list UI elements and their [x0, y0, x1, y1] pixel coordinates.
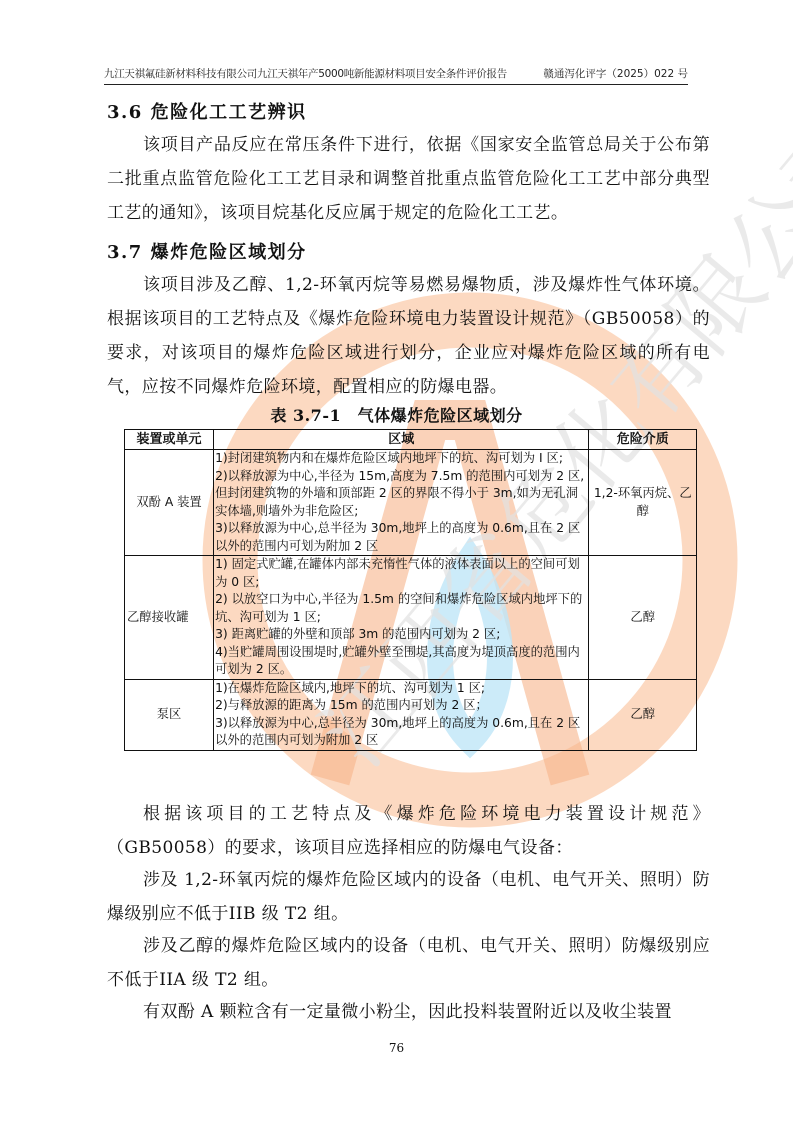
zone-item: 2)以释放源为中心,半径为 15m,高度为 7.5m 的范围内可划为 2 区,但… [215, 468, 587, 521]
zone-item: 1)封闭建筑物内和在爆炸危险区域内地坪下的坑、沟可划为 I 区; [215, 450, 587, 468]
cell-unit: 泵区 [125, 679, 214, 750]
section-3-6-paragraph: 该项目产品反应在常压条件下进行，依据《国家安全监管总局关于公布第二批重点监管危险… [107, 128, 710, 230]
zone-item: 3)以释放源为中心,总半径为 30m,地坪上的高度为 0.6m,且在 2 区以外… [215, 520, 587, 555]
report-number: 赣通泻化评字（2025）022 号 [543, 66, 688, 84]
report-title: 九江天祺氟硅新材料科技有限公司九江天祺年产5000吨新能源材料项目安全条件评价报… [104, 66, 507, 84]
zone-item: 3)以释放源为中心,总半径为 30m,地坪上的高度为 0.6m,且在 2 区以外… [215, 715, 587, 750]
column-header-unit: 装置或单元 [125, 430, 214, 450]
table-row: 泵区 1)在爆炸危险区域内,地坪下的坑、沟可划为 1 区; 2)与释放源的距离为… [125, 679, 697, 750]
cell-zone: 1) 固定式贮罐,在罐体内部未充惰性气体的液体表面以上的空间可划为 0 区; 2… [214, 556, 589, 680]
table-row: 双酚 A 装置 1)封闭建筑物内和在爆炸危险区域内地坪下的坑、沟可划为 I 区;… [125, 450, 697, 556]
cell-unit: 乙醇接收罐 [125, 556, 214, 680]
document-page: 九江天祺氟硅新材料科技有限公司九江天祺年产5000吨新能源材料项目安全条件评价报… [0, 0, 793, 1122]
cell-medium: 1,2-环氧丙烷、乙醇 [589, 450, 697, 556]
cell-medium: 乙醇 [589, 679, 697, 750]
section-3-7-paragraph: 该项目涉及乙醇、1,2-环氧丙烷等易燃易爆物质，涉及爆炸性气体环境。根据该项目的… [107, 268, 710, 404]
column-header-medium: 危险介质 [589, 430, 697, 450]
cell-zone: 1)封闭建筑物内和在爆炸危险区域内地坪下的坑、沟可划为 I 区; 2)以释放源为… [214, 450, 589, 556]
column-header-zone: 区域 [214, 430, 589, 450]
cell-unit: 双酚 A 装置 [125, 450, 214, 556]
after-table-paragraph-3: 涉及乙醇的爆炸危险区域内的设备（电机、电气开关、照明）防爆级别应不低于IIA 级… [107, 929, 710, 997]
cell-zone: 1)在爆炸危险区域内,地坪下的坑、沟可划为 1 区; 2)与释放源的距离为 15… [214, 679, 589, 750]
zone-item: 2)与释放源的距离为 15m 的范围内可划为 2 区； [215, 697, 587, 715]
table-header-row: 装置或单元 区域 危险介质 [125, 430, 697, 450]
after-table-paragraph-1: 根据该项目的工艺特点及《爆炸危险环境电力装置设计规范》（GB50058）的要求，… [107, 797, 710, 865]
section-3-7-heading: 3.7 爆炸危险区域划分 [107, 241, 307, 265]
page-number: 76 [0, 1041, 793, 1055]
after-table-paragraph-2: 涉及 1,2-环氧丙烷的爆炸危险区域内的设备（电机、电气开关、照明）防爆级别应不… [107, 863, 710, 931]
explosion-zone-table: 装置或单元 区域 危险介质 双酚 A 装置 1)封闭建筑物内和在爆炸危险区域内地… [124, 429, 697, 751]
zone-item: 4)当贮罐周围设围堤时,贮罐外壁至围堤,其高度为堤顶高度的范围内可划为 2 区。 [215, 644, 587, 679]
cell-medium: 乙醇 [589, 556, 697, 680]
table-row: 乙醇接收罐 1) 固定式贮罐,在罐体内部未充惰性气体的液体表面以上的空间可划为 … [125, 556, 697, 680]
zone-item: 2) 以放空口为中心,半径为 1.5m 的空间和爆炸危险区域内地坪下的坑、沟可划… [215, 591, 587, 626]
page-header: 九江天祺氟硅新材料科技有限公司九江天祺年产5000吨新能源材料项目安全条件评价报… [104, 66, 688, 85]
after-table-paragraph-4: 有双酚 A 颗粒含有一定量微小粉尘，因此投料装置附近以及收尘装置 [107, 995, 710, 1029]
zone-item: 1)在爆炸危险区域内,地坪下的坑、沟可划为 1 区; [215, 680, 587, 698]
section-3-6-heading: 3.6 危险化工工艺辨识 [107, 101, 307, 125]
zone-item: 1) 固定式贮罐,在罐体内部未充惰性气体的液体表面以上的空间可划为 0 区; [215, 556, 587, 591]
zone-item: 3) 距离贮罐的外壁和顶部 3m 的范围内可划为 2 区; [215, 626, 587, 644]
table-caption: 表 3.7-1 气体爆炸危险区域划分 [0, 403, 793, 426]
